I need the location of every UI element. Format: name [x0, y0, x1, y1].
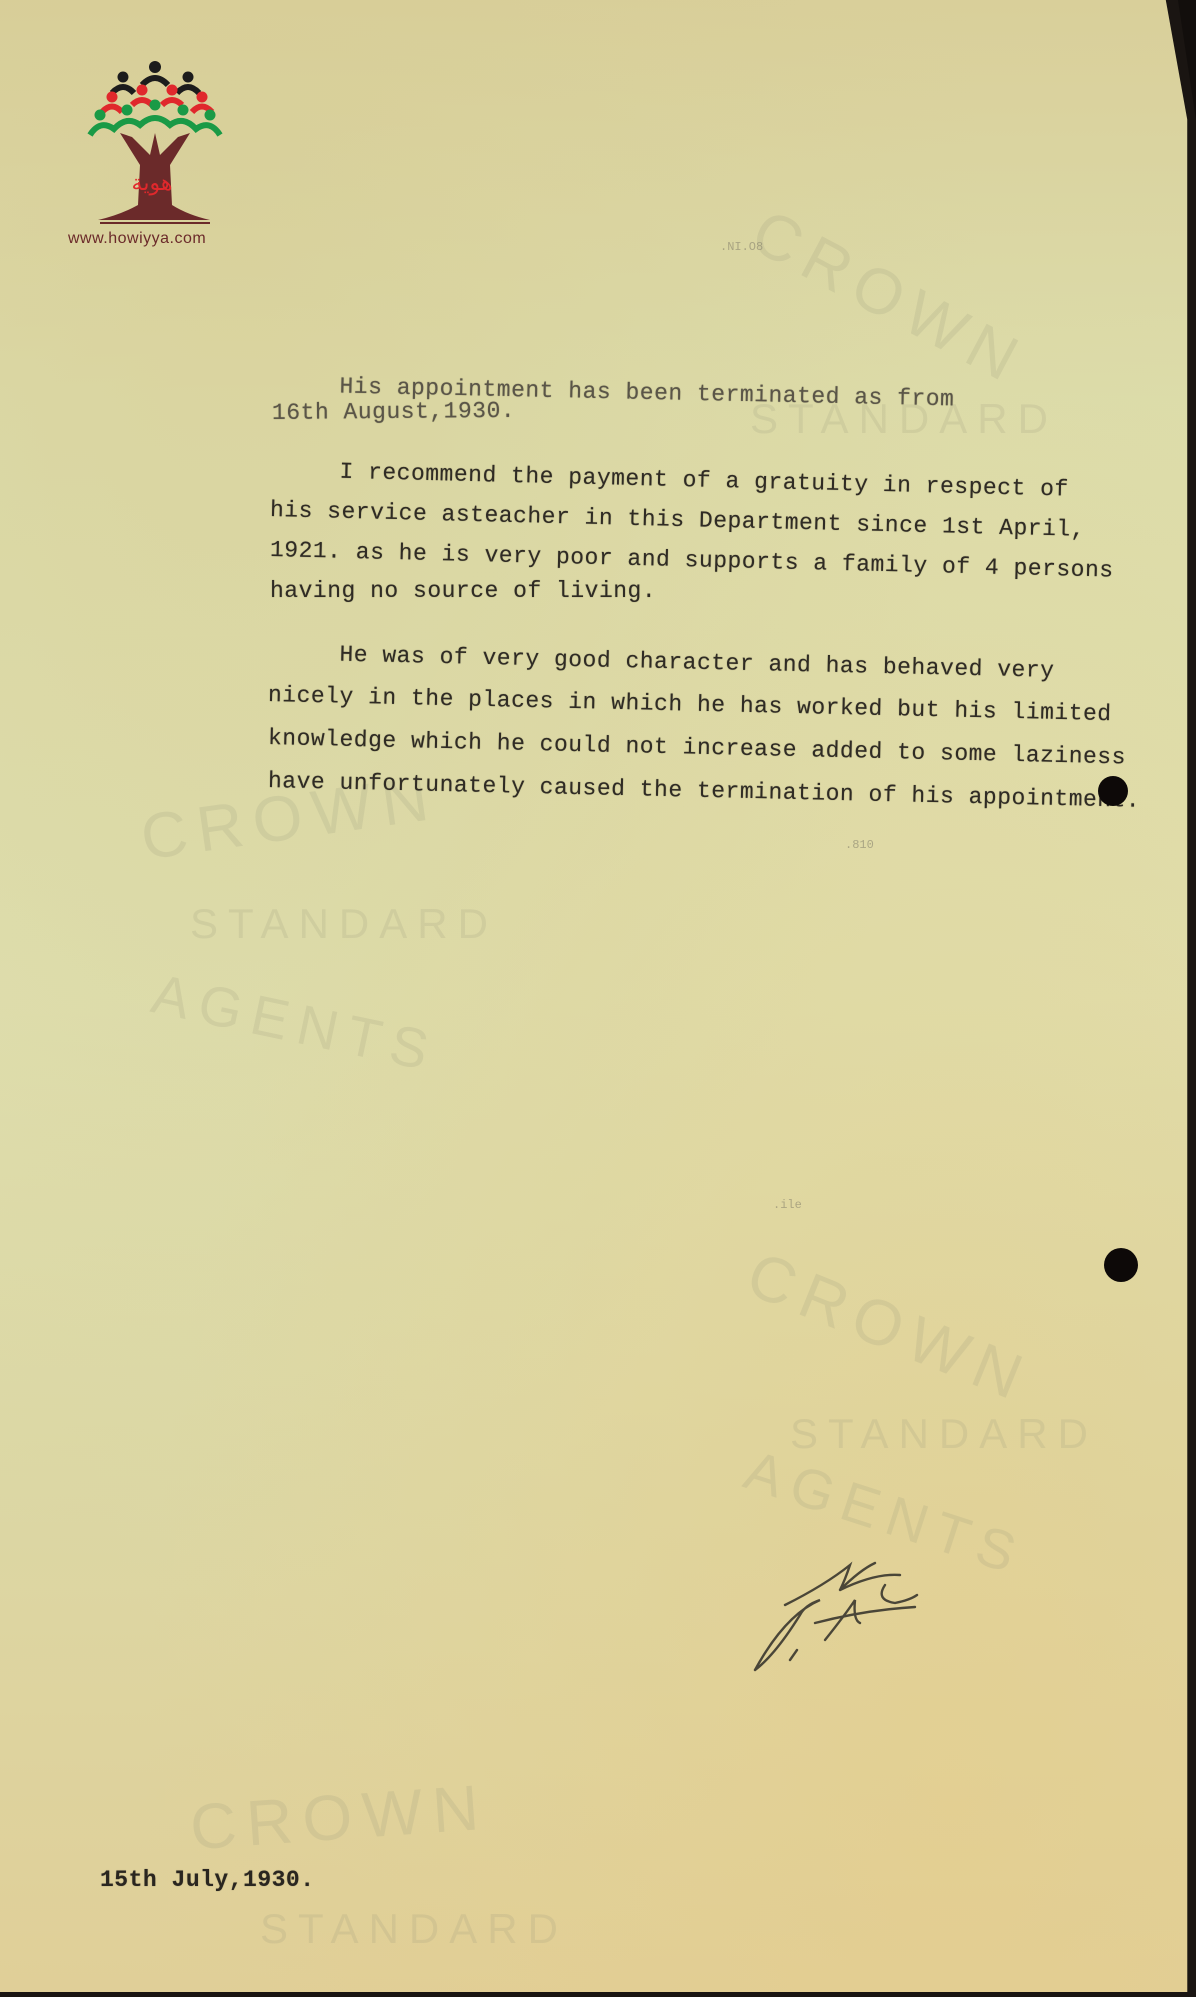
howiyya-logo-icon: هوية: [60, 55, 250, 255]
faint-ref-mark-mid: .810: [845, 838, 874, 852]
logo-arabic-text: هوية: [132, 171, 173, 196]
watermark-crown-bottom: CROWN: [188, 1770, 491, 1865]
punch-hole-lower: [1104, 1248, 1138, 1282]
letter-line: 16th August,1930.: [272, 398, 515, 426]
watermark-standard-lower: STANDARD: [790, 1410, 1098, 1458]
letter-date: 15th July,1930.: [100, 1867, 315, 1893]
letter-line: knowledge which he could not increase ad…: [268, 725, 1127, 770]
watermark-agents-mid: AGENTS: [146, 961, 443, 1085]
letter-line: have unfortunately caused the terminatio…: [268, 768, 1141, 814]
letter-line: 1921. as he is very poor and supports a …: [270, 537, 1114, 584]
document-page: CROWN STANDARD CROWN STANDARD AGENTS CRO…: [0, 0, 1192, 1992]
letter-line: I recommend the payment of a gratuity in…: [268, 457, 1069, 503]
watermark-standard-bottom: STANDARD: [260, 1905, 568, 1953]
faint-ref-mark-top: .NI.O8: [720, 240, 763, 254]
letter-line: He was of very good character and has be…: [268, 640, 1055, 684]
watermark-crown-top: CROWN: [740, 194, 1039, 400]
signature-initials: [745, 1545, 985, 1675]
letter-line: nicely in the places in which he has wor…: [268, 682, 1112, 727]
watermark-crown-lower: CROWN: [737, 1237, 1042, 1418]
logo-site-url: www.howiyya.com: [68, 230, 206, 248]
faint-ref-mark-lower: .ile: [773, 1198, 802, 1212]
letter-line: having no source of living.: [270, 578, 656, 604]
watermark-standard-mid: STANDARD: [190, 900, 498, 948]
punch-hole-upper: [1098, 776, 1128, 806]
letter-line: his service asteacher in this Department…: [270, 497, 1086, 543]
